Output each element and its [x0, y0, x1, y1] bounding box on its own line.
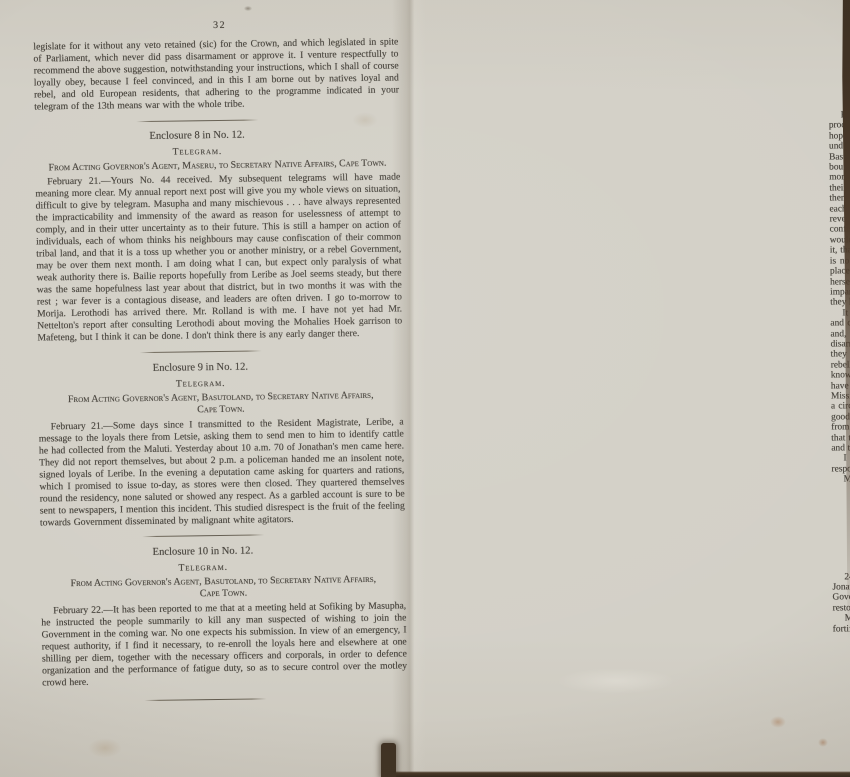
- telegram-label: Telegram.: [21, 560, 386, 576]
- enclosure-12-heading: Enclosure 12 in No. 12.: [826, 509, 850, 523]
- telegram-label: Telegram.: [826, 526, 850, 540]
- book-edge-bottom: [388, 771, 850, 777]
- sender-line-2: Cape Town.: [827, 554, 850, 568]
- section-divider: [139, 350, 261, 353]
- enclosure-9-heading: Enclosure 9 in No. 12.: [18, 360, 383, 376]
- enclosure-10-heading: Enclosure 10 in No. 12.: [20, 544, 385, 560]
- signature-letter: E: [833, 642, 850, 656]
- body-paragraph: February 22.—It has been reported to me …: [41, 600, 407, 689]
- footer-marks: R 1121. E: [833, 635, 850, 664]
- page-number: 32: [37, 17, 402, 33]
- book-spine-bottom: [381, 743, 396, 777]
- body-paragraph: February 21.—Some days since I transmitt…: [39, 416, 405, 529]
- enclosure-8-heading: Enclosure 8 in No. 12.: [15, 128, 380, 144]
- section-divider: [144, 698, 266, 701]
- continuation-paragraph: legislate for it without any veto retain…: [33, 36, 399, 113]
- telegram-label: Telegram.: [18, 376, 383, 392]
- section-divider: [142, 534, 264, 537]
- right-page: 33 Enclosure 11 in No. 12. Telegram. Fro…: [405, 0, 850, 777]
- telegram-label: Telegram.: [15, 144, 380, 160]
- left-page-content: 32 legislate for it without any veto ret…: [33, 17, 407, 702]
- section-divider: [136, 119, 258, 122]
- left-page: 32 legislate for it without any veto ret…: [0, 0, 405, 777]
- sender-line: From Acting Governor's Agent, Basutoland…: [827, 542, 850, 556]
- body-paragraph: February 21.—Yours No. 44 received. My s…: [35, 171, 402, 344]
- scanned-book-spread: 32 legislate for it without any veto ret…: [0, 0, 850, 777]
